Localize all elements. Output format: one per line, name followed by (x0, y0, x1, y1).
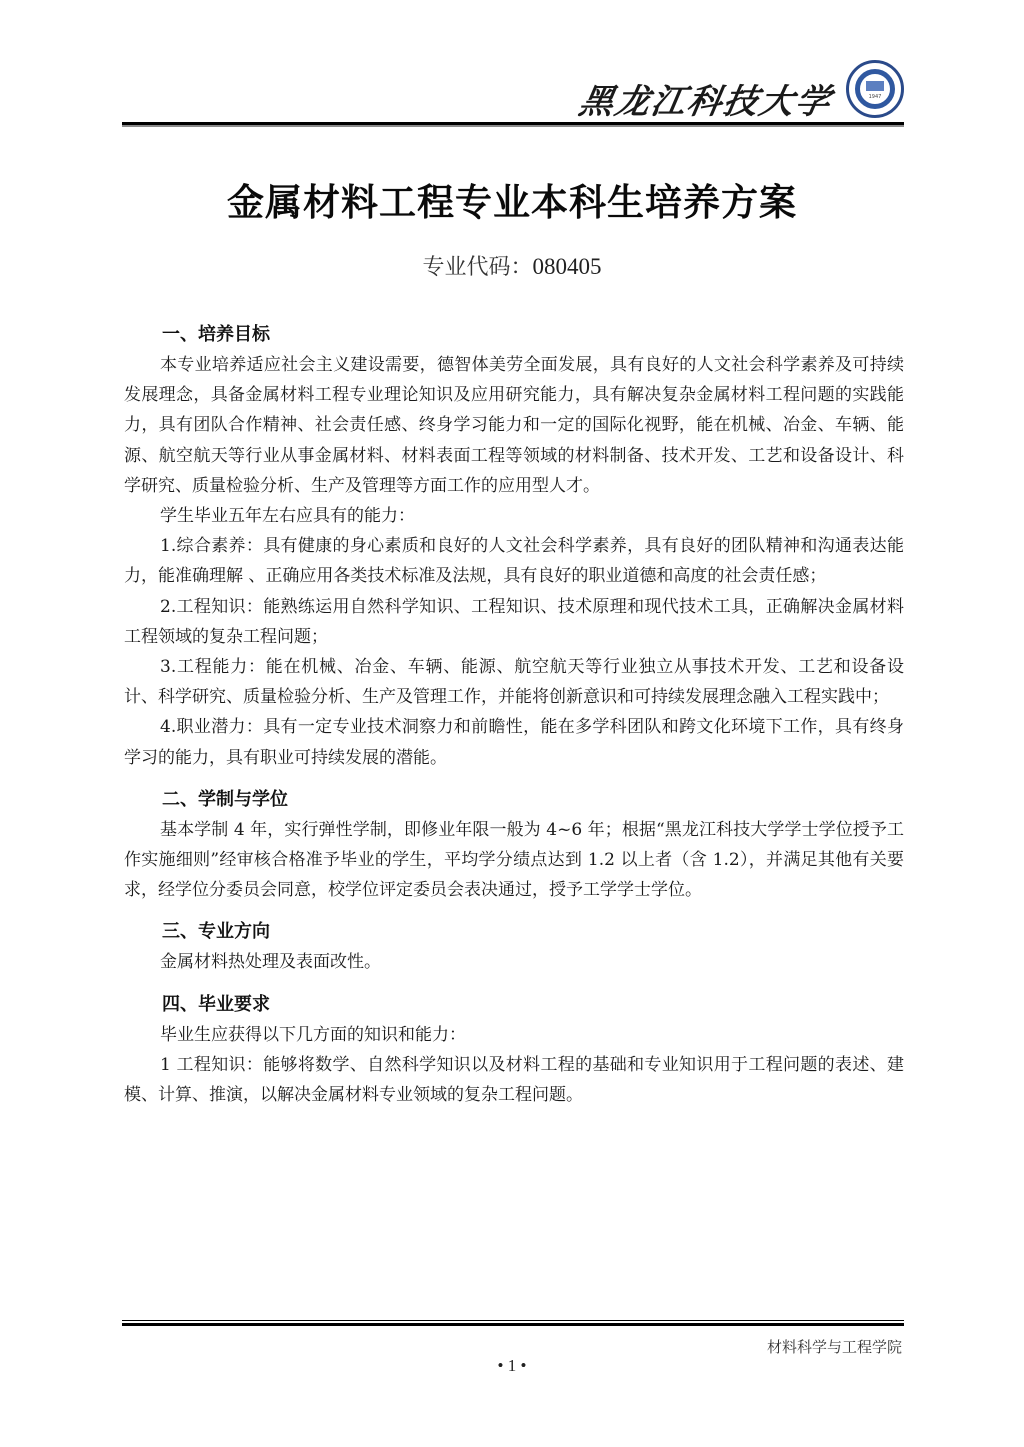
paragraph: 本专业培养适应社会主义建设需要，德智体美劳全面发展，具有良好的人文社会科学素养及… (124, 350, 904, 501)
paragraph: 金属材料热处理及表面改性。 (124, 947, 904, 977)
paragraph: 学生毕业五年左右应具有的能力： (124, 501, 904, 531)
page-header: 黑龙江科技大学 1947 (122, 52, 904, 132)
list-item: 1.综合素养：具有健康的身心素质和良好的人文社会科学素养，具有良好的团队精神和沟… (124, 531, 904, 591)
document-page: 黑龙江科技大学 1947 金属材料工程专业本科生培养方案 专业代码：080405… (0, 0, 1024, 1447)
university-name-calligraphy: 黑龙江科技大学 (576, 74, 837, 123)
list-item: 3.工程能力：能在机械、冶金、车辆、能源、航空航天等行业独立从事技术开发、工艺和… (124, 652, 904, 712)
paragraph: 毕业生应获得以下几方面的知识和能力： (124, 1020, 904, 1050)
section-heading-training-objectives: 一、培养目标 (124, 320, 904, 350)
footer-rule-thick (122, 1323, 904, 1326)
university-seal-icon: 1947 (846, 60, 904, 118)
section-heading-duration-degree: 二、学制与学位 (124, 785, 904, 815)
section-heading-specialization: 三、专业方向 (124, 917, 904, 947)
footer-department: 材料科学与工程学院 (767, 1336, 902, 1357)
major-code: 专业代码：080405 (0, 250, 1024, 281)
list-item: 4.职业潜力：具有一定专业技术洞察力和前瞻性，能在多学科团队和跨文化环境下工作，… (124, 712, 904, 772)
major-code-value: 080405 (533, 254, 602, 279)
header-rule-shadow (122, 125, 904, 127)
paragraph: 基本学制 4 年，实行弹性学制，即修业年限一般为 4~6 年；根据“黑龙江科技大… (124, 815, 904, 906)
list-item: 2.工程知识：能熟练运用自然科学知识、工程知识、技术原理和现代技术工具，正确解决… (124, 592, 904, 652)
section-heading-graduation-requirements: 四、毕业要求 (124, 990, 904, 1020)
document-title: 金属材料工程专业本科生培养方案 (0, 172, 1024, 226)
footer-rule-thin (122, 1320, 904, 1321)
page-number: • 1 • (0, 1356, 1024, 1376)
list-item: 1 工程知识：能够将数学、自然科学知识以及材料工程的基础和专业知识用于工程问题的… (124, 1050, 904, 1110)
major-code-label: 专业代码： (422, 255, 532, 280)
seal-building-icon (866, 81, 884, 91)
document-body: 一、培养目标 本专业培养适应社会主义建设需要，德智体美劳全面发展，具有良好的人文… (124, 320, 904, 1110)
seal-year: 1947 (849, 94, 901, 100)
